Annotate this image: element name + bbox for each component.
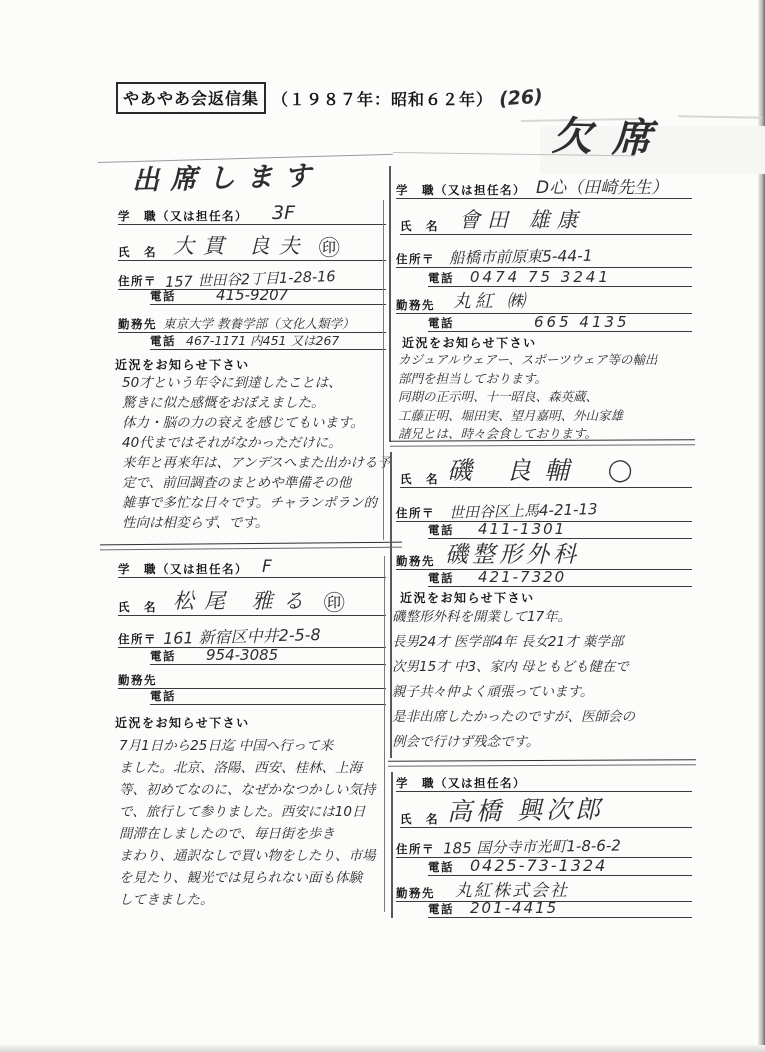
scan-artifact-streak [678,115,762,118]
news-label: 近況をお知らせ下さい [400,589,535,606]
workplace-phone-value: 467-1171 内451 又は267 [186,331,339,349]
name-label: 氏 名 [400,221,439,234]
workplace-row: 勤務先 磯整形外科 [396,540,692,570]
workplace-value: 丸紅株式会社 [455,876,569,901]
name-value: 會田 雄康 [459,204,585,234]
phone-label: 電話 [428,318,454,331]
workplace-label: 勤務先 [396,556,435,569]
name-label: 氏 名 [118,247,157,260]
workplace-phone-row: 電話 421-7320 [428,572,692,587]
right-form-border [391,772,393,918]
grade-value: 3F [272,202,295,224]
phone-label: 電話 [428,573,454,586]
workplace-phone-row: 電話 467-1171 内451 又は267 [150,334,386,350]
phone-label: 電話 [150,651,176,664]
page-header: やあやあ会返信集 （１９８７年：昭和６２年） (26) [116,82,543,114]
name-seal-icon: ㊞ [319,232,340,262]
address-value: 185 国分寺市光町1-8-6-2 [443,834,621,858]
news-message: 50才という年令に到達したことは、 驚きに似た感慨をおぼえました。 体力・脳の力… [122,373,394,533]
grade-row: 学 職（又は担任名） D心（田崎先生） [396,174,692,199]
address-label: 住所〒 [396,844,435,857]
workplace-phone-row: 電話 201-4415 [428,903,692,918]
name-row: 氏 名 松尾 雅る ㊞ [118,584,386,616]
phone-label: 電話 [150,336,176,349]
workplace-phone-value: 201-4415 [470,899,558,917]
workplace-row: 勤務先 丸紅 ㈱ [396,290,692,314]
page-title: やあやあ会返信集 [116,82,266,114]
phone-label: 電話 [428,862,454,875]
address-row: 住所〒 161 新宿区中井2-5-8 [118,619,386,648]
phone-label: 電話 [150,691,176,704]
scan-bottom-shadow [0,1045,765,1052]
name-row: 氏 名 大貫 良夫 ㊞ [118,228,386,261]
circle-check-mark-icon: ◯ [606,455,635,485]
name-label: 氏 名 [400,814,439,827]
grade-label: 学 職（又は担任名） [118,564,248,577]
address-value: 船橋市前原東5-44-1 [449,244,593,269]
news-label: 近況をお知らせ下さい [402,334,537,351]
header-handwritten-number: (26) [498,85,543,110]
absence-note: 欠席 [551,104,672,164]
scanned-reply-sheet: やあやあ会返信集 （１９８７年：昭和６２年） (26) 出席します 学 職（又は… [0,0,765,1052]
phone-label: 電話 [428,273,454,286]
name-row: 氏 名 磯 良輔 ◯ [400,452,692,488]
workplace-value: 丸紅 ㈱ [453,287,529,313]
name-label: 氏 名 [400,474,439,487]
name-row: 氏 名 高橋 興次郎 [400,794,692,828]
grade-label: 学 職（又は担任名） [396,185,526,198]
workplace-label: 勤務先 [118,319,157,332]
phone-row: 電話 415-9207 [150,289,386,305]
grade-row: 学 職（又は担任名） 3F [118,200,386,225]
grade-label: 学 職（又は担任名） [396,778,526,791]
workplace-value: 東京大学 教養学部（文化人類学） [163,314,354,332]
column-divider [383,200,384,540]
workplace-row: 勤務先 東京大学 教養学部（文化人類学） [118,306,386,333]
workplace-label: 勤務先 [396,300,435,313]
phone-value: 0425-73-1324 [470,856,607,875]
phone-value: 954-3085 [206,646,278,664]
name-value: 磯 良輔 [447,451,582,487]
column-divider [384,556,385,912]
phone-row: 電話 0425-73-1324 [428,859,692,876]
address-label: 住所〒 [396,254,435,267]
address-label: 住所〒 [396,508,435,521]
name-value: 松尾 雅る [173,585,314,615]
grade-label: 学 職（又は担任名） [118,211,248,224]
attendance-note: 出席します [132,154,323,198]
workplace-row: 勤務先 [118,671,386,689]
workplace-phone-row: 電話 [150,691,386,705]
right-form-border [389,166,391,442]
address-row: 住所〒 世田谷区上馬4-21-13 [396,494,692,522]
news-label: 近況をお知らせ下さい [115,714,250,731]
name-value: 大貫 良夫 [173,230,309,260]
workplace-label: 勤務先 [396,888,435,901]
grade-value: F [262,557,272,577]
address-row: 住所〒 船橋市前原東5-44-1 [396,240,692,268]
name-seal-icon: ㊞ [324,587,345,617]
phone-value: 0474 75 3241 [470,268,611,286]
phone-row: 電話 0474 75 3241 [428,270,692,287]
phone-label: 電話 [428,904,454,917]
name-value: 高橋 興次郎 [447,790,605,829]
workplace-value: 磯整形外科 [445,536,580,569]
form-separator-line [388,759,696,767]
workplace-label: 勤務先 [118,675,157,688]
name-row: 氏 名 會田 雄康 [400,204,692,235]
name-label: 氏 名 [118,602,157,615]
news-message: 7月1日から25日迄 中国へ行って来 ました。北京、洛陽、西安、桂林、上海 等、… [119,735,399,911]
grade-row: 学 職（又は担任名） F [118,556,386,578]
address-row: 住所〒 185 国分寺市光町1-8-6-2 [396,830,692,858]
phone-row: 電話 954-3085 [150,649,386,665]
phone-value: 415-9207 [216,286,288,304]
form-separator-line [390,439,695,447]
grade-value: D心（田崎先生） [536,173,668,198]
workplace-phone-value: 665 4135 [534,313,630,331]
news-label: 近況をお知らせ下さい [115,356,250,373]
address-label: 住所〒 [118,634,157,647]
address-value: 161 新宿区中井2-5-8 [163,622,321,649]
phone-label: 電話 [150,291,176,304]
news-message: 磯整形外科を開業して17年。 長男24才 医学部4年 長女21才 薬学部 次男1… [392,605,694,755]
address-label: 住所〒 [118,276,157,289]
page-subtitle: （１９８７年：昭和６２年） [272,87,493,110]
grade-row: 学 職（又は担任名） [396,772,692,792]
workplace-phone-value: 421-7320 [478,568,566,586]
news-message: カジュアルウェアー、スポーツウェア等の輸出 部門を担当しております。 同期の正示… [398,351,690,444]
workplace-phone-row: 電話 665 4135 [428,316,692,332]
form-separator-line [100,542,402,551]
